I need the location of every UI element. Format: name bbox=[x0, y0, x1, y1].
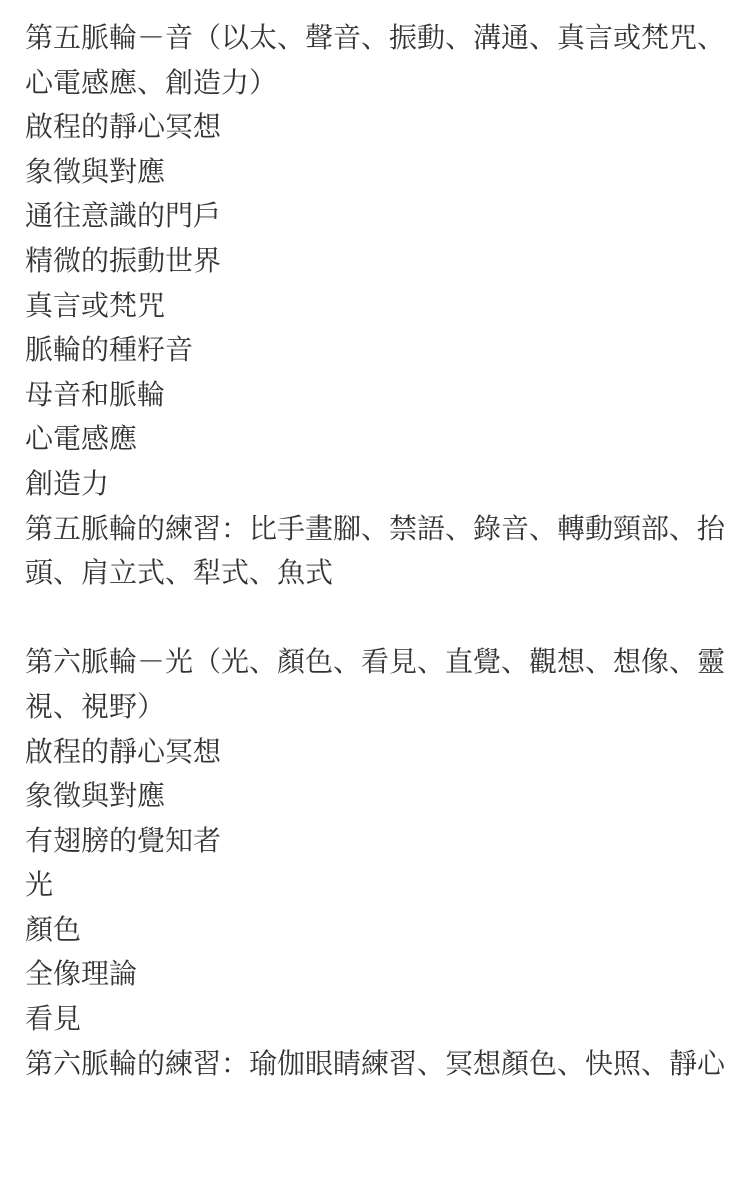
list-item: 看見 bbox=[25, 997, 725, 1042]
list-item: 真言或梵咒 bbox=[25, 284, 725, 329]
list-item: 精微的振動世界 bbox=[25, 239, 725, 284]
list-item: 光 bbox=[25, 863, 725, 908]
section-heading: 第五脈輪－音（以太、聲音、振動、溝通、真言或梵咒、心電感應、創造力） bbox=[25, 16, 725, 105]
list-item: 有翅膀的覺知者 bbox=[25, 819, 725, 864]
list-item: 象徵與對應 bbox=[25, 150, 725, 195]
list-item: 母音和脈輪 bbox=[25, 373, 725, 418]
list-item: 全像理論 bbox=[25, 952, 725, 997]
section-heading: 第六脈輪－光（光、顏色、看見、直覺、觀想、想像、靈視、視野） bbox=[25, 640, 725, 729]
list-item: 啟程的靜心冥想 bbox=[25, 105, 725, 150]
section-fifth-chakra: 第五脈輪－音（以太、聲音、振動、溝通、真言或梵咒、心電感應、創造力） 啟程的靜心… bbox=[25, 16, 725, 596]
list-item: 通往意識的門戶 bbox=[25, 194, 725, 239]
list-item: 顏色 bbox=[25, 908, 725, 953]
list-item: 創造力 bbox=[25, 462, 725, 507]
list-item: 第六脈輪的練習：瑜伽眼睛練習、冥想顏色、快照、靜心 bbox=[25, 1042, 725, 1087]
list-item: 心電感應 bbox=[25, 417, 725, 462]
list-item: 象徵與對應 bbox=[25, 774, 725, 819]
document-body: 第五脈輪－音（以太、聲音、振動、溝通、真言或梵咒、心電感應、創造力） 啟程的靜心… bbox=[0, 0, 750, 1086]
list-item: 啟程的靜心冥想 bbox=[25, 730, 725, 775]
list-item: 脈輪的種籽音 bbox=[25, 328, 725, 373]
list-item: 第五脈輪的練習：比手畫腳、禁語、錄音、轉動頸部、抬頭、肩立式、犁式、魚式 bbox=[25, 507, 725, 596]
section-sixth-chakra: 第六脈輪－光（光、顏色、看見、直覺、觀想、想像、靈視、視野） 啟程的靜心冥想 象… bbox=[25, 640, 725, 1086]
